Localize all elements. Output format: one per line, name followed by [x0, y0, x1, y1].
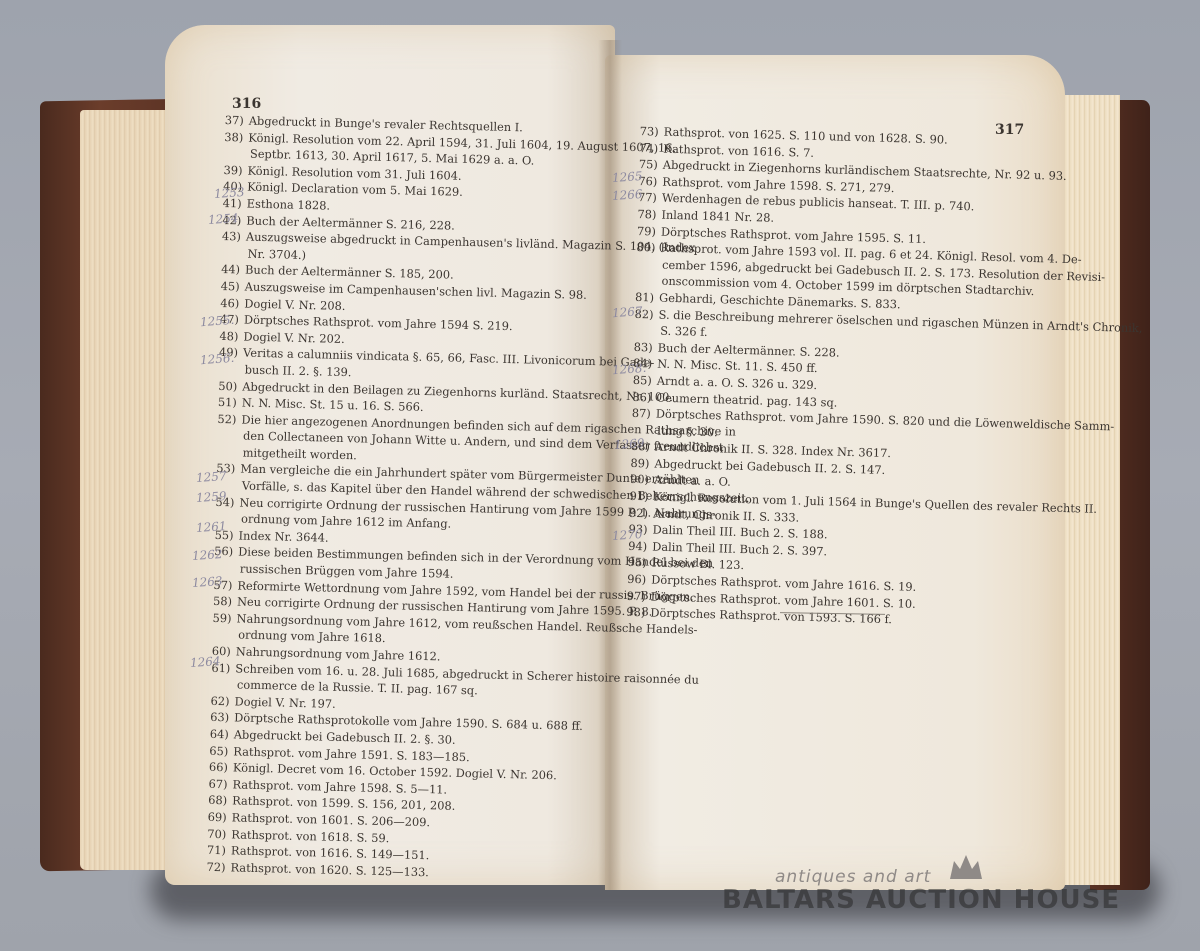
endnote-number: 50) [218, 377, 242, 394]
watermark-brand: BALTARS AUCTION HOUSE [722, 885, 1120, 915]
endnote-number: 79) [637, 223, 661, 240]
endnote-number: 98) [626, 604, 650, 621]
endnote-number: 44) [221, 261, 245, 278]
pencil-margin-note: 1262 [192, 547, 223, 563]
endnote-number: 87) [632, 405, 656, 422]
endnote-number: 51) [218, 394, 242, 411]
endnote-number: 97) [627, 587, 651, 604]
watermark-tagline: antiques and art [775, 867, 931, 887]
endnote-number: 96) [627, 571, 651, 588]
endnote-number: 69) [208, 809, 232, 826]
right-page-notes: 73)Rathsprot. von 1625. S. 110 und von 1… [626, 123, 1035, 632]
pencil-margin-note: 1267. [612, 304, 647, 320]
endnote-number: 78) [637, 206, 661, 223]
endnote-number: 48) [219, 328, 243, 345]
endnote-number: 39) [223, 162, 247, 179]
pencil-margin-note: 1257 [196, 469, 227, 485]
endnote-number: 46) [220, 294, 244, 311]
pencil-margin-note: 1264 [190, 654, 221, 670]
endnote-number: 70) [207, 825, 231, 842]
endnote-number: 43) [222, 228, 246, 245]
endnote-text: Index Nr. 3644. [238, 528, 328, 544]
endnote-number: 72) [206, 858, 230, 875]
endnote-text: Dogiel V. Nr. 208. [244, 296, 345, 312]
pencil-margin-note: 1259 [196, 489, 227, 505]
endnote-number: 52) [217, 411, 241, 428]
endnote-number: 63) [210, 709, 234, 726]
endnote-number: 73) [640, 123, 664, 140]
pencil-margin-note: 1270 [612, 527, 643, 543]
endnote-text: Arndt a. a. O. S. 326 u. 329. [657, 373, 818, 391]
pencil-margin-note: 1254 [208, 211, 239, 227]
pencil-margin-note: 1255. [200, 313, 235, 329]
endnote-number: 90) [630, 471, 654, 488]
endnote-text: Inland 1841 Nr. 28. [661, 208, 774, 225]
pencil-margin-note: 1266 [612, 187, 643, 203]
endnote-text: Rüssow Bl. 123. [652, 556, 745, 573]
endnote-number: 86) [632, 388, 656, 405]
endnote-number: 64) [210, 726, 234, 743]
pencil-margin-note: 1269 [614, 436, 645, 452]
pencil-margin-note: 1261 [196, 519, 227, 535]
endnote-number: 38) [224, 129, 248, 146]
endnote-text: Dogiel V. Nr. 197. [234, 694, 335, 710]
endnote-number: 91) [629, 488, 653, 505]
endnote-text: Arndt a. a. O. [654, 473, 731, 489]
endnote-text: Esthona 1828. [247, 197, 331, 213]
endnote-number: 58) [213, 593, 237, 610]
page-number-left: 316 [232, 96, 261, 112]
endnote-number: 75) [639, 156, 663, 173]
left-page-notes: 37)Abgedruckt in Bunge's revaler Rechtsq… [206, 112, 610, 884]
pencil-margin-note: 1268. [612, 361, 647, 377]
endnote-number: 74) [639, 140, 663, 157]
endnote-number: 95) [627, 554, 651, 571]
endnote-number: 92) [629, 505, 653, 522]
endnote-number: 65) [209, 742, 233, 759]
endnote-number: 67) [208, 776, 232, 793]
endnote-number: 68) [208, 792, 232, 809]
endnote-number: 66) [209, 759, 233, 776]
pencil-margin-note: 1256. [200, 351, 235, 367]
endnote-number: 62) [210, 693, 234, 710]
endnote-text: Rathsprot. von 1620. S. 125—133. [230, 860, 429, 879]
endnote-number: 89) [630, 455, 654, 472]
endnote-number: 45) [221, 278, 245, 295]
endnote-number: 71) [207, 842, 231, 859]
pencil-margin-note: 1263 [192, 574, 223, 590]
endnote-number: 59) [212, 610, 236, 627]
endnote-number: 80) [636, 239, 660, 256]
crown-logo-icon [948, 853, 984, 883]
pencil-margin-note: 1265 [612, 169, 643, 185]
endnote-text: Dogiel V. Nr. 202. [243, 329, 344, 345]
endnote-number: 83) [634, 339, 658, 356]
pencil-margin-note: 1253 [214, 185, 245, 201]
endnote-number: 37) [225, 112, 249, 129]
